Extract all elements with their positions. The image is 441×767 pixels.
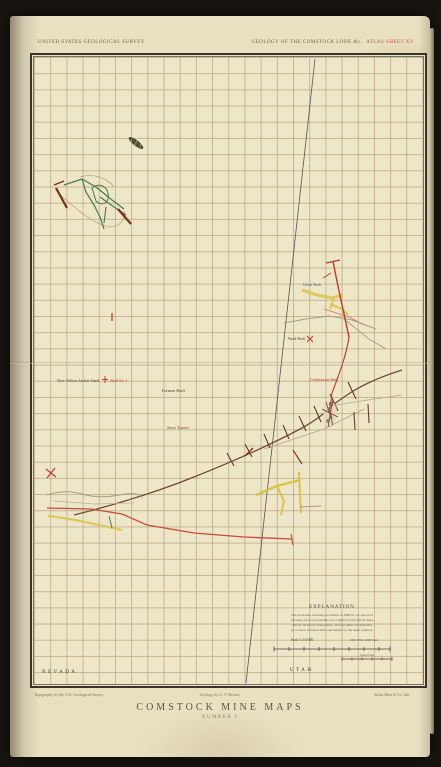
scale-label: Scale 1:10 000: [291, 638, 314, 642]
sheet-title: COMSTOCK MINE MAPS: [10, 702, 430, 713]
label-new-yellow-jacket-shaft: New Yellow Jacket Shaft: [57, 378, 100, 383]
mine-map-artwork: New Yellow Jacket Shaft Shaft No. 1 Form…: [34, 57, 423, 684]
title-block: COMSTOCK MINE MAPS NUMBER I: [10, 702, 430, 720]
map-frame: New Yellow Jacket Shaft Shaft No. 1 Form…: [30, 53, 427, 688]
atlas-header: GEOLOGY OF THE COMSTOCK LODE &c.ATLAS SH…: [252, 40, 414, 45]
hatched-working-symbol: [127, 135, 145, 150]
photographed-atlas-page-background: { "header": { "left": "UNITED STATES GEO…: [0, 0, 441, 767]
atlas-header-text: GEOLOGY OF THE COMSTOCK LODE &c.: [252, 40, 363, 45]
book-page-edge: [430, 28, 434, 734]
label-combination-shaft: Combination Shaft: [310, 378, 340, 382]
imprint-center: Geology by G. F. Becker.: [10, 692, 430, 697]
explanation-line-2: full lines; those inaccessible are compi…: [291, 618, 374, 622]
explanation-block: EXPLANATION The horizontal workings acce…: [274, 605, 390, 652]
mine-workings-upper-right: [284, 260, 386, 393]
label-shaft-no-1: Shaft No. 1: [110, 379, 128, 383]
imprint-right: Julius Bien & Co. lith.: [374, 692, 410, 697]
shaft-cross-symbol: [102, 376, 108, 383]
explanation-heading: EXPLANATION: [309, 605, 355, 610]
mine-workings-lower-left: [46, 468, 293, 545]
sheet-subtitle: NUMBER I: [10, 715, 430, 720]
explanation-line-4: by crosses; inclined shafts and tunnels …: [291, 628, 373, 632]
atlas-page: UNITED STATES GEOLOGICAL SURVEY GEOLOGY …: [10, 16, 430, 757]
explanation-line-3: and are shown in broken lines. Vertical …: [292, 623, 372, 627]
region-label-utah: UTAH: [290, 668, 314, 673]
label-union-shaft: Union Shaft: [303, 283, 322, 287]
svg-text:Scale of feet: Scale of feet: [360, 654, 374, 657]
small-scale-bar: Scale of feet: [342, 654, 392, 661]
scale-bar: [274, 647, 390, 652]
mine-workings-lower-middle: [245, 448, 321, 515]
label-ward-shaft: Ward Shaft: [288, 337, 306, 341]
sutro-tunnel-line: [74, 370, 402, 515]
shaft-x-symbol: [307, 336, 313, 342]
state-boundary-line: [246, 59, 315, 683]
central-shaft-cluster: [322, 393, 338, 427]
scale-units: 500 0 500 1000 Feet: [350, 638, 378, 642]
map-canvas: New Yellow Jacket Shaft Shaft No. 1 Form…: [33, 56, 424, 685]
mine-workings-upper-left: [54, 175, 131, 229]
label-sutro-tunnel: Sutro Tunnel: [167, 425, 190, 430]
region-label-nevada: NEVADA: [42, 670, 77, 675]
survey-header: UNITED STATES GEOLOGICAL SURVEY: [38, 40, 145, 45]
label-forman-shaft: Forman Shaft: [162, 388, 186, 393]
explanation-line-1: The horizontal workings accessible in 18…: [291, 613, 373, 617]
atlas-sheet-number: ATLAS SHEET XV: [366, 40, 414, 45]
